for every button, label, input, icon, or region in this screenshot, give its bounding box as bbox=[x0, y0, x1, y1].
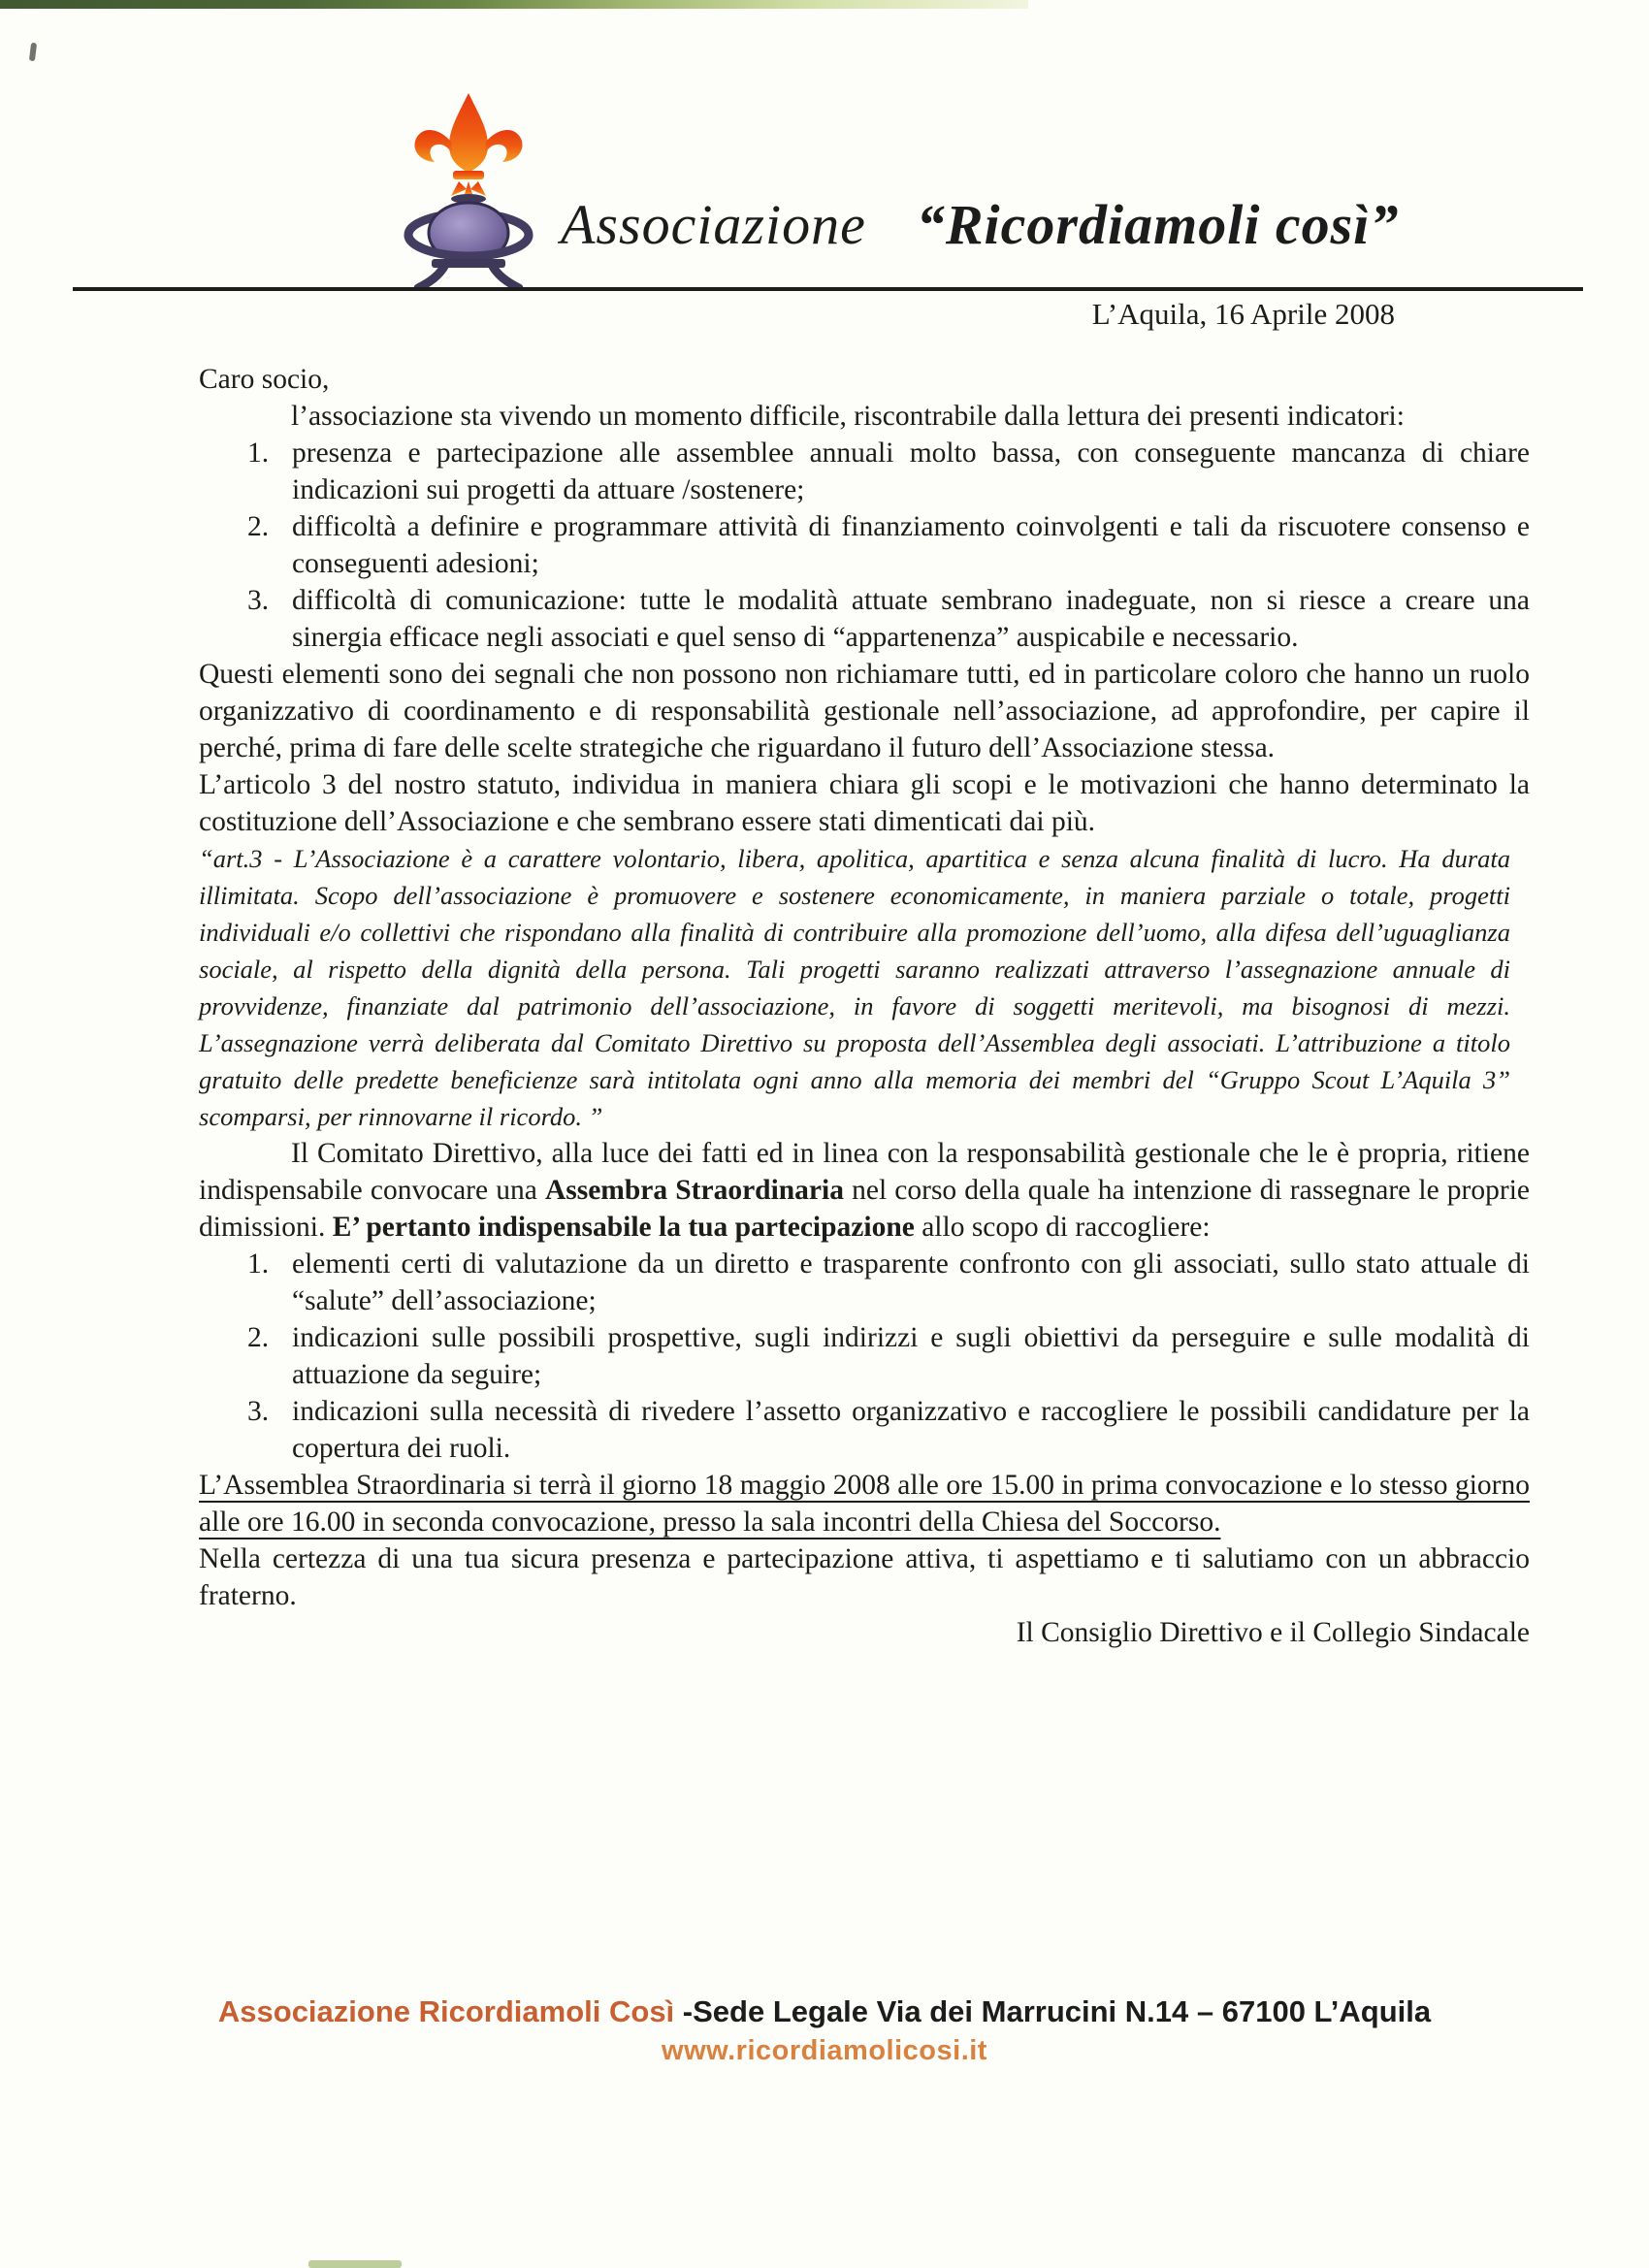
intro-paragraph: l’associazione sta vivendo un momento di… bbox=[199, 398, 1530, 435]
list-item: 3. difficoltà di comunicazione: tutte le… bbox=[247, 582, 1530, 656]
footer-address-line: Associazione Ricordiamoli Così -Sede Leg… bbox=[0, 1994, 1649, 2029]
list-item-text: presenza e partecipazione alle assemblee… bbox=[292, 435, 1530, 508]
header-divider bbox=[73, 287, 1583, 291]
signature-line: Il Consiglio Direttivo e il Collegio Sin… bbox=[199, 1614, 1530, 1651]
scan-artifact-bottom-strip bbox=[308, 2260, 402, 2268]
list-item-text: difficoltà di comunicazione: tutte le mo… bbox=[292, 582, 1530, 656]
footer-address: -Sede Legale Via dei Marrucini N.14 – 67… bbox=[674, 1994, 1431, 2028]
signals-paragraph: Questi elementi sono dei segnali che non… bbox=[199, 656, 1530, 766]
list-item-text: indicazioni sulle possibili prospettive,… bbox=[292, 1319, 1530, 1393]
association-name: “Ricordiamoli così” bbox=[917, 193, 1400, 256]
association-logo bbox=[386, 89, 551, 288]
list-item: 3. indicazioni sulla necessità di rivede… bbox=[247, 1393, 1530, 1467]
list-item-number: 1. bbox=[247, 435, 292, 508]
articolo3-paragraph: L’articolo 3 del nostro statuto, individ… bbox=[199, 766, 1530, 840]
closing-paragraph: Nella certezza di una tua sicura presenz… bbox=[199, 1540, 1530, 1614]
assembly-announcement: L’Assemblea Straordinaria si terrà il gi… bbox=[199, 1467, 1530, 1540]
list-item: 2. indicazioni sulle possibili prospetti… bbox=[247, 1319, 1530, 1393]
statute-quote: “art.3 - L’Associazione è a carattere vo… bbox=[199, 840, 1510, 1135]
letter-body: Caro socio, l’associazione sta vivendo u… bbox=[199, 361, 1530, 1651]
comitato-paragraph: Il Comitato Direttivo, alla luce dei fat… bbox=[199, 1135, 1530, 1246]
scout-lamp-flame-icon bbox=[386, 89, 551, 288]
list-item: 1. presenza e partecipazione alle assemb… bbox=[247, 435, 1530, 508]
scan-artifact-top-strip bbox=[0, 0, 1028, 9]
list-item-text: indicazioni sulla necessità di rivedere … bbox=[292, 1393, 1530, 1467]
assembra-straordinaria-bold: Assembra Straordinaria bbox=[545, 1175, 844, 1206]
scanned-letter-page: Associazione“Ricordiamoli così” L’Aquila… bbox=[0, 0, 1649, 2268]
list-item-text: elementi certi di valutazione da un dire… bbox=[292, 1246, 1530, 1319]
footer-org-name: Associazione Ricordiamoli Così bbox=[218, 1994, 674, 2028]
list-item: 1. elementi certi di valutazione da un d… bbox=[247, 1246, 1530, 1319]
list-item-number: 2. bbox=[247, 1319, 292, 1393]
list-item-number: 3. bbox=[247, 1393, 292, 1467]
footer-website: www.ricordiamolicosi.it bbox=[0, 2035, 1649, 2067]
association-label: Associazione bbox=[561, 193, 866, 256]
letter-footer: Associazione Ricordiamoli Così -Sede Leg… bbox=[0, 1994, 1649, 2067]
list-item-number: 3. bbox=[247, 582, 292, 656]
date-line: L’Aquila, 16 Aprile 2008 bbox=[1092, 297, 1395, 332]
letterhead-title: Associazione“Ricordiamoli così” bbox=[561, 192, 1399, 257]
list-item-number: 1. bbox=[247, 1246, 292, 1319]
goals-list: 1. elementi certi di valutazione da un d… bbox=[247, 1246, 1530, 1467]
list-item-text: difficoltà a definire e programmare atti… bbox=[292, 508, 1530, 582]
scan-artifact-speck bbox=[29, 43, 37, 62]
list-item-number: 2. bbox=[247, 508, 292, 582]
list-item: 2. difficoltà a definire e programmare a… bbox=[247, 508, 1530, 582]
indicators-list: 1. presenza e partecipazione alle assemb… bbox=[247, 435, 1530, 656]
salutation: Caro socio, bbox=[199, 361, 1530, 398]
comitato-text: allo scopo di raccogliere: bbox=[915, 1212, 1211, 1243]
partecipazione-bold: E’ pertanto indispensabile la tua partec… bbox=[333, 1212, 915, 1243]
